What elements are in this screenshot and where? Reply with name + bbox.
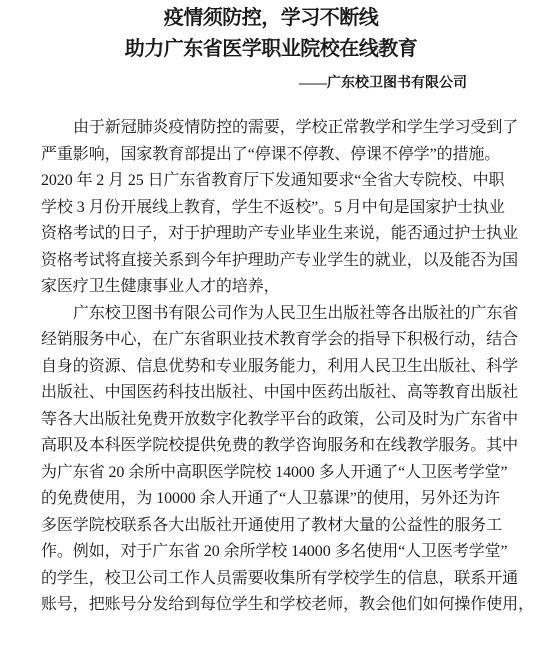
paragraph-1: 由于新冠肺炎疫情防控的需要，学校正常教学和学生学习受到了 严重影响，国家教育部提… <box>41 115 518 301</box>
paragraph-line: 2020 年 2 月 25 日广东省教育厅下发通知要求“全省大专院校、中职 <box>41 168 518 195</box>
paragraph-line: 由于新冠肺炎疫情防控的需要，学校正常教学和学生学习受到了 <box>41 115 518 142</box>
paragraph-2: 广东校卫图书有限公司作为人民卫生出版社等各出版社的广东省 经销服务中心，在广东省… <box>41 301 518 619</box>
document-body: 由于新冠肺炎疫情防控的需要，学校正常教学和学生学习受到了 严重影响，国家教育部提… <box>0 115 542 619</box>
paragraph-line: 资格考试将直接关系到今年护理助产专业学生的就业，以及能否为国 <box>41 248 518 275</box>
paragraph-line: 高职及本科医学院校提供免费的教学咨询服务和在线教学服务。其中 <box>41 433 518 460</box>
paragraph-line: 出版社、中国医药科技出版社、中国中医药出版社、高等教育出版社 <box>41 380 518 407</box>
paragraph-line: 资格考试的日子，对于护理助产专业毕业生来说，能否通过护士执业 <box>41 221 518 248</box>
paragraph-line: 账号，把账号分发给到每位学生和学校老师，教会他们如何操作使用， <box>41 592 518 619</box>
paragraph-line: 多医学院校联系各大出版社开通使用了教材大量的公益性的服务工 <box>41 513 518 540</box>
document-page: 疫情须防控，学习不断线 助力广东省医学职业院校在线教育 ——广东校卫图书有限公司… <box>0 0 542 668</box>
paragraph-line: 自身的资源、信息优势和专业服务能力，利用人民卫生出版社、科学 <box>41 354 518 381</box>
paragraph-line: 等各大出版社免费开放数字化教学平台的政策，公司及时为广东省中 <box>41 407 518 434</box>
paragraph-line: 为广东省 20 余所中高职医学院校 14000 多人开通了“人卫医考学堂” <box>41 460 518 487</box>
document-title-line-2: 助力广东省医学职业院校在线教育 <box>0 35 542 63</box>
paragraph-line: 作。例如，对于广东省 20 余所学校 14000 多名使用“人卫医考学堂” <box>41 539 518 566</box>
paragraph-line: 学校 3 月份开展线上教育，学生不返校”。5 月中旬是国家护士执业 <box>41 195 518 222</box>
paragraph-line: 严重影响，国家教育部提出了“停课不停教、停课不停学”的措施。 <box>41 142 518 169</box>
document-byline: ——广东校卫图书有限公司 <box>0 74 542 94</box>
paragraph-line: 广东校卫图书有限公司作为人民卫生出版社等各出版社的广东省 <box>41 301 518 328</box>
paragraph-line: 的学生，校卫公司工作人员需要收集所有学校学生的信息，联系开通 <box>41 566 518 593</box>
paragraph-line: 经销服务中心，在广东省职业技术教育学会的指导下积极行动，结合 <box>41 327 518 354</box>
paragraph-line: 家医疗卫生健康事业人才的培养， <box>41 274 518 301</box>
paragraph-line: 的免费使用，为 10000 余人开通了“人卫慕课”的使用，另外还为许 <box>41 486 518 513</box>
document-title-line-1: 疫情须防控，学习不断线 <box>0 0 542 32</box>
